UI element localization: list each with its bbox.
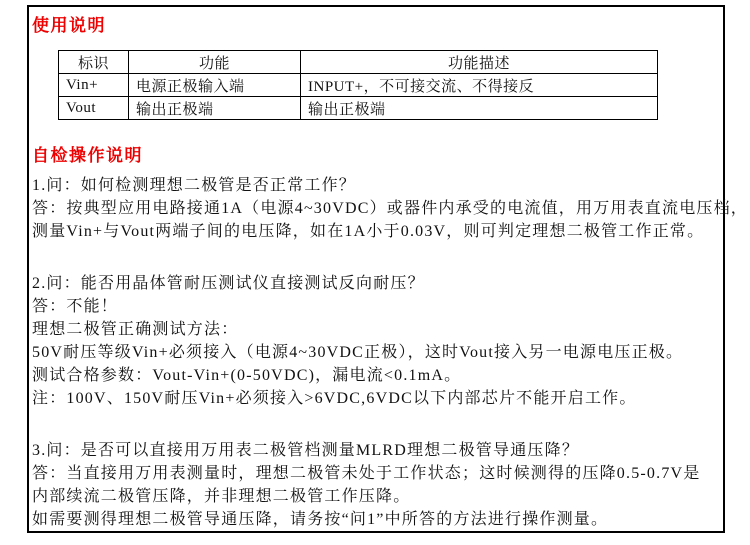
table-row-vin: Vin+ 电源正极输入端 INPUT+，不可接交流、不得接反 bbox=[59, 74, 658, 97]
cell-pin-id: Vin+ bbox=[59, 74, 129, 97]
qa-answer-line: 答：按典型应用电路接通1A（电源4~30VDC）或器件内承受的电流值，用万用表直… bbox=[32, 197, 723, 220]
qa-answer-line: 50V耐压等级Vin+必须接入（电源4~30VDC正极），这时Vout接入另一电… bbox=[32, 341, 723, 364]
table-header-row: 标识 功能 功能描述 bbox=[59, 51, 658, 74]
cell-pin-description: 输出正极端 bbox=[301, 97, 658, 120]
document-page: 使用说明 标识 功能 功能描述 Vin+ 电源正极输入端 INPUT+，不可接交… bbox=[0, 0, 750, 545]
table-row-vout: Vout 输出正极端 输出正极端 bbox=[59, 97, 658, 120]
qa-question: 3.问：是否可以直接用万用表二极管档测量MLRD理想二极管导通压降？ bbox=[32, 439, 723, 462]
qa-answer-line: 测试合格参数：Vout-Vin+(0-50VDC)，漏电流<0.1mA。 bbox=[32, 364, 723, 387]
qa-answer-line: 如需要测得理想二极管导通压降，请务按“问1”中所答的方法进行操作测量。 bbox=[32, 508, 723, 531]
cell-pin-function: 电源正极输入端 bbox=[129, 74, 301, 97]
qa-block-1: 1.问：如何检测理想二极管是否正常工作？ 答：按典型应用电路接通1A（电源4~3… bbox=[32, 174, 723, 243]
qa-note-line: 注：100V、150V耐压Vin+必须接入>6VDC,6VDC以下内部芯片不能开… bbox=[32, 387, 723, 410]
section-title-usage: 使用说明 bbox=[32, 16, 723, 36]
section-title-selfcheck: 自检操作说明 bbox=[32, 146, 723, 166]
qa-answer-line: 测量Vin+与Vout两端子间的电压降，如在1A小于0.03V，则可判定理想二极… bbox=[32, 220, 723, 243]
table-header-function: 功能 bbox=[129, 51, 301, 74]
qa-block-3: 3.问：是否可以直接用万用表二极管档测量MLRD理想二极管导通压降？ 答：当直接… bbox=[32, 439, 723, 531]
table-header-description: 功能描述 bbox=[301, 51, 658, 74]
cell-pin-function: 输出正极端 bbox=[129, 97, 301, 120]
cell-pin-description: INPUT+，不可接交流、不得接反 bbox=[301, 74, 658, 97]
qa-block-2: 2.问：能否用晶体管耐压测试仪直接测试反向耐压？ 答：不能！ 理想二极管正确测试… bbox=[32, 272, 723, 410]
qa-question: 1.问：如何检测理想二极管是否正常工作？ bbox=[32, 174, 723, 197]
qa-question: 2.问：能否用晶体管耐压测试仪直接测试反向耐压？ bbox=[32, 272, 723, 295]
document-frame: 使用说明 标识 功能 功能描述 Vin+ 电源正极输入端 INPUT+，不可接交… bbox=[27, 5, 725, 533]
qa-answer-line: 答：当直接用万用表测量时，理想二极管未处于工作状态；这时候测得的压降0.5-0.… bbox=[32, 462, 723, 485]
qa-answer-line: 内部续流二极管压降，并非理想二极管工作压降。 bbox=[32, 485, 723, 508]
cell-pin-id: Vout bbox=[59, 97, 129, 120]
table-header-id: 标识 bbox=[59, 51, 129, 74]
qa-answer-line: 理想二极管正确测试方法： bbox=[32, 318, 723, 341]
pin-function-table: 标识 功能 功能描述 Vin+ 电源正极输入端 INPUT+，不可接交流、不得接… bbox=[58, 50, 658, 120]
qa-answer-line: 答：不能！ bbox=[32, 295, 723, 318]
